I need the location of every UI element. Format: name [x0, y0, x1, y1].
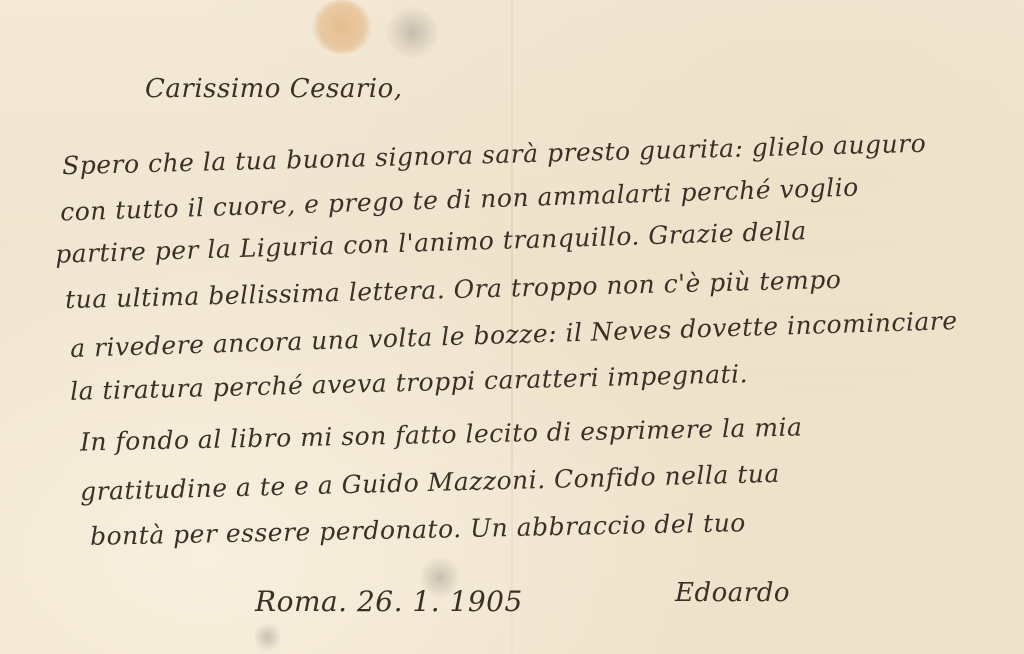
letter-signature: Edoardo — [675, 578, 790, 608]
ink-smudge — [255, 620, 280, 654]
paper-stain — [312, 0, 372, 54]
letter-place-date: Roma. 26. 1. 1905 — [255, 585, 523, 618]
letter-salutation: Carissimo Cesario, — [145, 74, 403, 104]
ink-smudge — [385, 5, 440, 60]
